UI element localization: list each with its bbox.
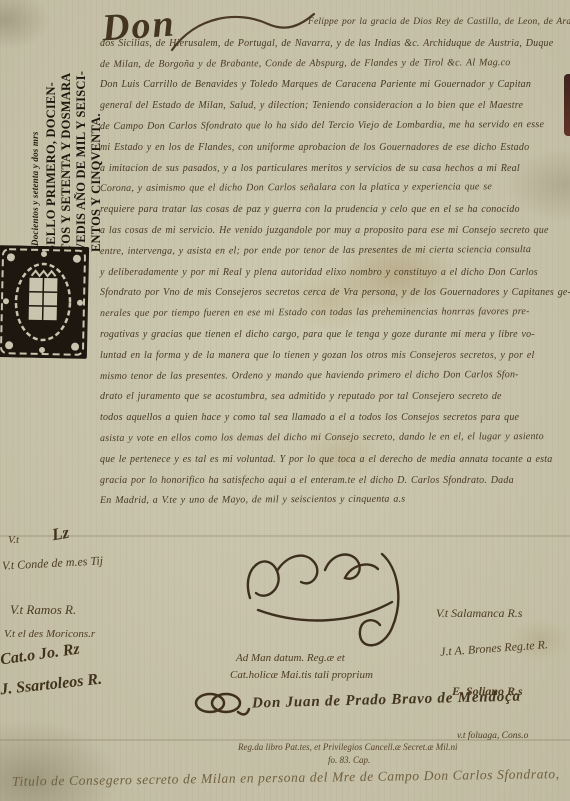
body-text: Felippe por la gracia de Dios Rey de Cas… xyxy=(100,17,566,516)
secretary-formula-line: Cat.holicæ Mai.tis tali proprium xyxy=(230,669,373,681)
manuscript-page: Docientos y setenta y dos mrs SELLO PRIM… xyxy=(0,0,570,801)
margin-rubric: Lz xyxy=(50,523,70,546)
registration-note: Reg.da libro Pat.tes, et Privilegios Can… xyxy=(238,742,458,752)
margin-vidit-mark: V.t el des Moricons.r xyxy=(4,628,95,640)
body-line: entre, intervenga, y asista en el; por e… xyxy=(100,244,566,267)
tax-stamp-line: SELLO PRIMERO, DOCIEN- xyxy=(44,52,59,252)
body-line: En Madrid, a V.te y uno de Mayo, de mil … xyxy=(100,493,566,516)
tax-stamp-fee-note: Docientos y setenta y dos mrs xyxy=(30,52,40,246)
secretary-signature: Don Juan de Prado Bravo de Mendoça xyxy=(252,688,521,712)
tax-stamp-line: TOS Y SETENTA Y DOSMARA xyxy=(59,52,74,252)
councillor-signature: V.t Salamanca R.s xyxy=(436,606,522,621)
margin-vidit-mark: V.t xyxy=(8,534,19,546)
fold-crease xyxy=(0,535,570,537)
body-line: Don Luis Carrillo de Benavides y Toledo … xyxy=(100,79,566,100)
secretary-formula-line: Ad Man datum. Reg.æ et xyxy=(236,652,345,664)
body-line: Corona, y asimismo que el dicho Don Carl… xyxy=(100,181,566,204)
body-line: y deliberadamente y por mi Real y plena … xyxy=(100,267,566,288)
body-line: a las cosas de mi servicio. He venido ju… xyxy=(100,225,566,246)
body-line: mismo tenor de las presentes. Ordeno y m… xyxy=(100,369,566,392)
body-line: general del Estado de Milan, Salud, y di… xyxy=(100,100,566,121)
body-line: a imitacion de sus pasados, y a los part… xyxy=(100,163,566,184)
secretary-signature-flourish xyxy=(194,688,252,720)
margin-rubric: Cat.o Jo. Rz xyxy=(0,641,81,670)
body-line: asista y vote en ellos como los demas de… xyxy=(100,431,566,454)
body-line: mi Estado y en los de Flandes, con unifo… xyxy=(100,142,566,163)
margin-vidit-mark: V.t Conde de m.es Tij xyxy=(2,553,104,573)
body-line: rogativas y gracias que tienen el dicho … xyxy=(100,329,566,350)
body-line: nerales que por tiempo fueren en ese mi … xyxy=(100,306,566,329)
royal-coat-of-arms-seal xyxy=(0,245,90,359)
body-line: luntad en la forma y de la manera que lo… xyxy=(100,350,566,371)
body-line: gracia por lo honorifico ha satisfecho a… xyxy=(100,475,566,496)
body-line: drato el juramento que se acostumbra, se… xyxy=(100,391,566,412)
body-line: requiere para tratar las cosas de paz y … xyxy=(100,204,566,225)
body-line: Felippe por la gracia de Dios Rey de Cas… xyxy=(100,17,566,38)
margin-vidit-mark: V.t Ramos R. xyxy=(10,602,76,618)
body-line: de Campo Don Carlos Sfondrato que lo ha … xyxy=(100,119,566,142)
tax-stamp-text: Docientos y setenta y dos mrs SELLO PRIM… xyxy=(30,52,104,252)
margin-rubric: J. Ssartoleos R. xyxy=(0,671,103,700)
registration-folio: fo. 83. Cap. xyxy=(328,755,370,765)
royal-signature xyxy=(230,538,455,668)
body-line: de Milan, de Borgoña y de Brabante, Cond… xyxy=(100,57,566,80)
body-line: Sfondrato por Vno de mis Consejeros secr… xyxy=(100,287,566,308)
councillor-signature: v.t foluaga, Cons.o xyxy=(457,731,528,741)
body-line: que le pertenece y es tal es mi voluntad… xyxy=(100,454,566,475)
tax-stamp-line: VEDIS AÑO DE MIL Y SEISCI- xyxy=(74,52,89,252)
body-line: dos Sicilias, de Hierusalem, de Portugal… xyxy=(100,38,566,59)
body-line: todos aquellos a quien hace y como tal s… xyxy=(100,412,566,433)
docket-title: Titulo de Consegero secreto de Milan en … xyxy=(12,766,560,790)
councillor-signature: J.t A. Brones Reg.te R. xyxy=(440,637,549,659)
